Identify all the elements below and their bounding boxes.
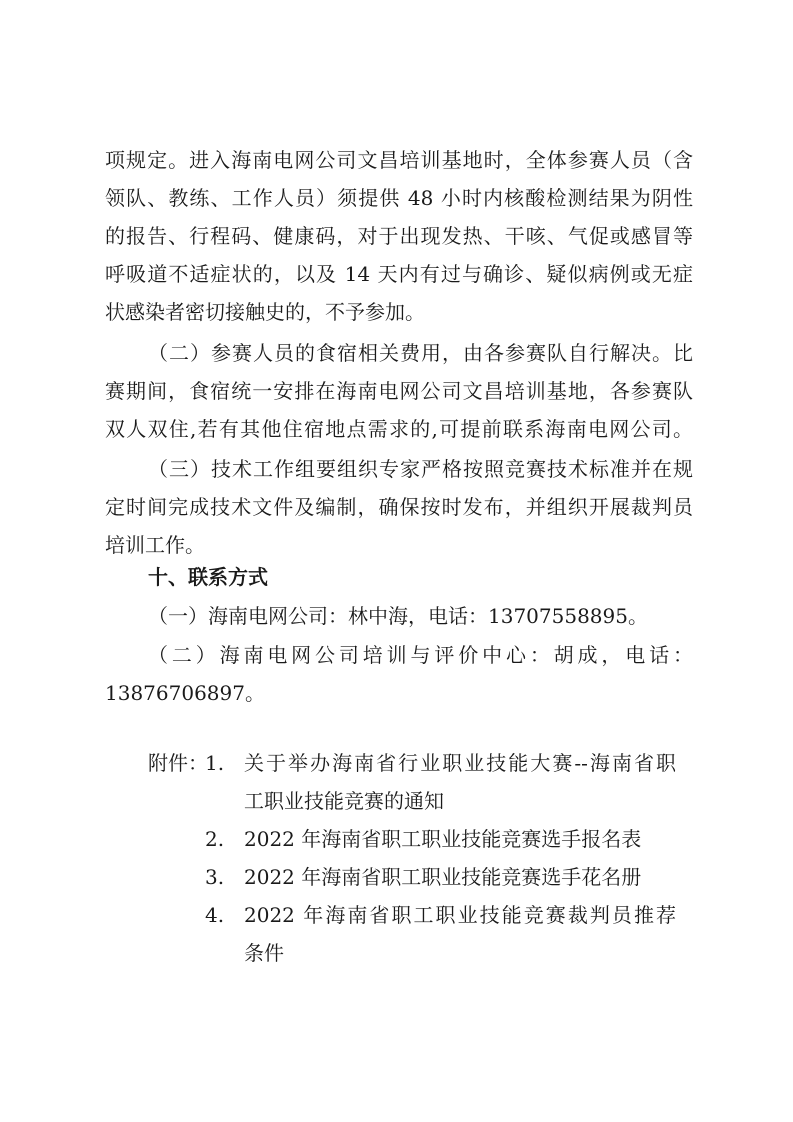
paragraph-line: 项规定。进入海南电网公司文昌培训基地时，全体参赛人员（含	[105, 147, 693, 173]
attachment-number: 4.	[205, 902, 224, 928]
paragraph-line: 双人双住,若有其他住宿地点需求的,可提前联系海南电网公司。	[105, 416, 693, 442]
paragraph-line: 定时间完成技术文件及编制，确保按时发布，并组织开展裁判员	[105, 494, 693, 520]
attachment-number: 3.	[205, 864, 224, 890]
attachment-title: 关于举办海南省行业职业技能大赛--海南省职	[244, 750, 676, 776]
contact-line: 13876706897。	[105, 680, 693, 706]
paragraph-line: （二）参赛人员的食宿相关费用，由各参赛队自行解决。比	[148, 340, 693, 366]
attachment-title: 2022 年海南省职工职业技能竞赛裁判员推荐	[244, 902, 676, 928]
paragraph-line: 呼吸道不适症状的，以及 14 天内有过与确诊、疑似病例或无症	[105, 261, 693, 287]
attachment-number: 1.	[205, 750, 224, 776]
attachment-title: 2022 年海南省职工职业技能竞赛选手报名表	[244, 826, 676, 852]
contact-line: （二）海南电网公司培训与评价中心：胡成，电话：	[148, 642, 693, 668]
document-page: 项规定。进入海南电网公司文昌培训基地时，全体参赛人员（含 领队、教练、工作人员）…	[0, 0, 793, 1122]
paragraph-line: （三）技术工作组要组织专家严格按照竞赛技术标准并在规	[148, 456, 693, 482]
attachment-title: 2022 年海南省职工职业技能竞赛选手花名册	[244, 864, 676, 890]
paragraph-line: 培训工作。	[105, 532, 693, 558]
attachments-label: 附件：	[148, 750, 208, 776]
contact-line: （一）海南电网公司：林中海，电话：13707558895。	[148, 603, 693, 629]
attachment-title: 工职业技能竞赛的通知	[244, 788, 676, 814]
attachment-number: 2.	[205, 826, 224, 852]
paragraph-line: 赛期间，食宿统一安排在海南电网公司文昌培训基地，各参赛队	[105, 378, 693, 404]
paragraph-line: 领队、教练、工作人员）须提供 48 小时内核酸检测结果为阴性	[105, 185, 693, 211]
section-heading: 十、联系方式	[148, 564, 693, 590]
attachment-title: 条件	[244, 940, 676, 966]
paragraph-line: 的报告、行程码、健康码，对于出现发热、干咳、气促或感冒等	[105, 223, 693, 249]
paragraph-line: 状感染者密切接触史的，不予参加。	[105, 299, 693, 325]
